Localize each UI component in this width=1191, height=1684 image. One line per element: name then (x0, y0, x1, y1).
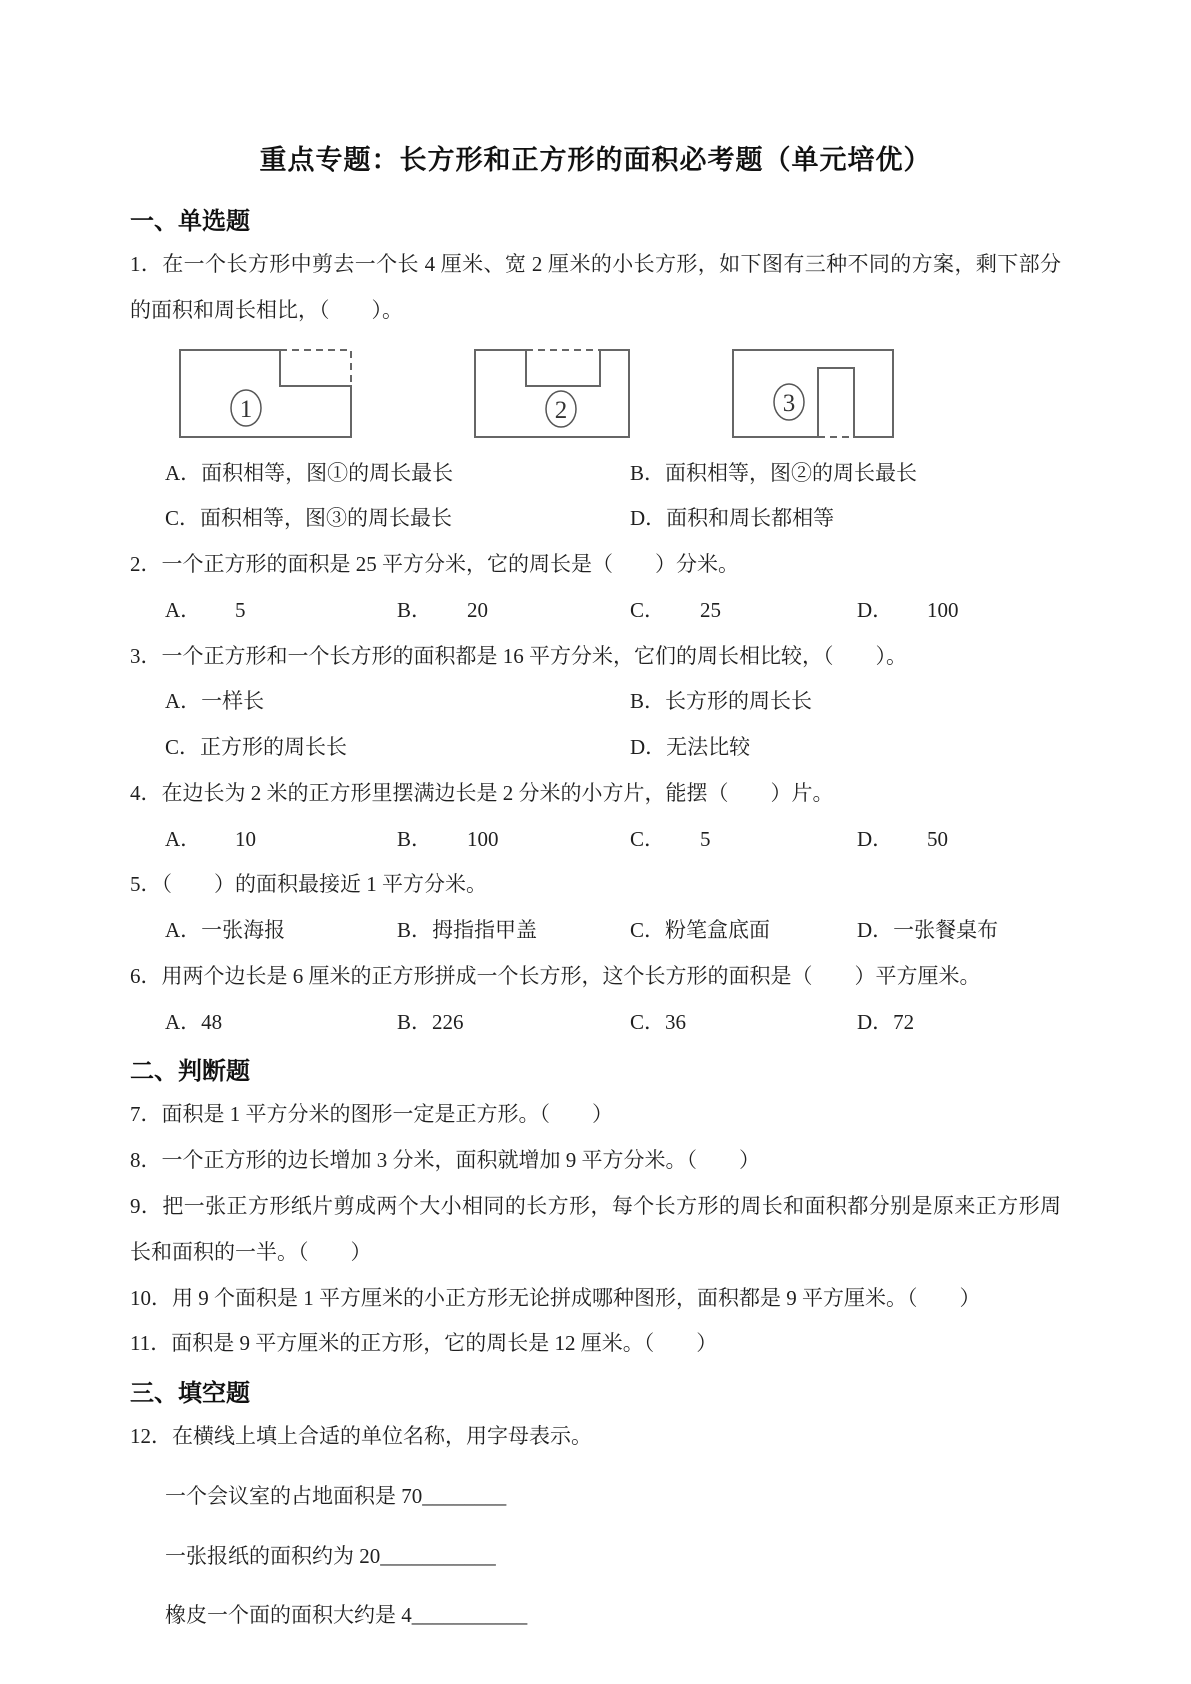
option-1a-label: A． (165, 451, 201, 497)
option-6a-value: 48 (201, 1010, 222, 1034)
question-7-text: 7．面积是 1 平方分米的图形一定是正方形。（ ） (130, 1092, 1061, 1138)
figure-1-corner-cut: 1 (178, 346, 353, 441)
question-1-text: 1．在一个长方形中剪去一个长 4 厘米、宽 2 厘米的小长方形，如下图有三种不同… (130, 242, 1061, 334)
page-title: 重点专题：长方形和正方形的面积必考题（单元培优） (130, 138, 1061, 177)
option-6c: C．36 (630, 1000, 857, 1046)
option-1a: A．面积相等，图①的周长最长 (165, 451, 630, 497)
option-4b-label: B． (397, 817, 467, 863)
option-3a-label: A． (165, 679, 201, 725)
fill-blank-line-eraser: 橡皮一个面的面积大约是 4___________ (130, 1593, 1061, 1639)
option-2a: A．5 (165, 588, 397, 634)
option-4c-value: 5 (700, 827, 711, 851)
question-5-text: 5．（ ）的面积最接近 1 平方分米。 (130, 862, 1061, 908)
option-3d: D．无法比较 (630, 725, 1061, 771)
option-1b: B．面积相等，图②的周长最长 (630, 451, 1061, 497)
option-2a-label: A． (165, 588, 235, 634)
option-2c-value: 25 (700, 598, 721, 622)
option-1c-label: C． (165, 496, 200, 542)
option-1c: C．面积相等，图③的周长最长 (165, 496, 630, 542)
fill-blank-line-meeting-room: 一个会议室的占地面积是 70________ (130, 1474, 1061, 1520)
question-6-text: 6．用两个边长是 6 厘米的正方形拼成一个长方形，这个长方形的面积是（ ）平方厘… (130, 954, 1061, 1000)
option-2c-label: C． (630, 588, 700, 634)
question-1-options: A．面积相等，图①的周长最长 B．面积相等，图②的周长最长 C．面积相等，图③的… (130, 451, 1061, 543)
option-3d-value: 无法比较 (666, 735, 750, 759)
option-1c-value: 面积相等，图③的周长最长 (200, 506, 452, 530)
option-4d: D．50 (857, 817, 1061, 863)
option-2a-value: 5 (235, 598, 246, 622)
option-4a-label: A． (165, 817, 235, 863)
option-5a: A．一张海报 (165, 908, 397, 954)
question-1-figures: 1 2 3 (178, 346, 1061, 441)
option-3b: B．长方形的周长长 (630, 679, 1061, 725)
option-2d-value: 100 (927, 598, 959, 622)
question-11-text: 11．面积是 9 平方厘米的正方形，它的周长是 12 厘米。（ ） (130, 1321, 1061, 1367)
option-5c: C．粉笔盒底面 (630, 908, 857, 954)
fill-blank-line-newspaper: 一张报纸的面积约为 20___________ (130, 1534, 1061, 1580)
question-2-text: 2．一个正方形的面积是 25 平方分米，它的周长是（ ）分米。 (130, 542, 1061, 588)
option-6d: D．72 (857, 1000, 1061, 1046)
option-1a-value: 面积相等，图①的周长最长 (201, 461, 453, 485)
question-5-options: A．一张海报 B．拇指指甲盖 C．粉笔盒底面 D．一张餐桌布 (130, 908, 1061, 954)
figure-1-number: 1 (240, 396, 253, 423)
option-2b-label: B． (397, 588, 467, 634)
option-5a-label: A． (165, 908, 201, 954)
option-2c: C．25 (630, 588, 857, 634)
option-6b-label: B． (397, 1000, 432, 1046)
question-10-text: 10．用 9 个面积是 1 平方厘米的小正方形无论拼成哪种图形，面积都是 9 平… (130, 1276, 1061, 1322)
option-6c-label: C． (630, 1000, 665, 1046)
option-4c: C．5 (630, 817, 857, 863)
option-2d-label: D． (857, 588, 927, 634)
option-3d-label: D． (630, 725, 666, 771)
option-5c-label: C． (630, 908, 665, 954)
question-3-text: 3．一个正方形和一个长方形的面积都是 16 平方分米，它们的周长相比较，（ ）。 (130, 634, 1061, 680)
question-6-options: A．48 B．226 C．36 D．72 (130, 1000, 1061, 1046)
figure-3-outline (733, 350, 893, 437)
option-3b-label: B． (630, 679, 665, 725)
option-6b: B．226 (397, 1000, 630, 1046)
option-5b: B．拇指指甲盖 (397, 908, 630, 954)
question-4-text: 4．在边长为 2 米的正方形里摆满边长是 2 分米的小方片，能摆（ ）片。 (130, 771, 1061, 817)
question-12-text: 12．在横线上填上合适的单位名称，用字母表示。 (130, 1414, 1061, 1460)
option-5a-value: 一张海报 (201, 918, 285, 942)
section-heading-judgement: 二、判断题 (130, 1051, 1061, 1086)
option-1d-label: D． (630, 496, 666, 542)
option-2b: B．20 (397, 588, 630, 634)
option-6d-label: D． (857, 1000, 893, 1046)
figure-2-number: 2 (555, 397, 568, 424)
option-3c-value: 正方形的周长长 (200, 735, 347, 759)
option-4a-value: 10 (235, 827, 256, 851)
worksheet-page: 重点专题：长方形和正方形的面积必考题（单元培优） 一、单选题 1．在一个长方形中… (0, 0, 1191, 1684)
question-4-options: A．10 B．100 C．5 D．50 (130, 817, 1061, 863)
option-5d: D．一张餐桌布 (857, 908, 1061, 954)
option-3c-label: C． (165, 725, 200, 771)
section-heading-fill-blank: 三、填空题 (130, 1373, 1061, 1408)
option-5c-value: 粉笔盒底面 (665, 918, 770, 942)
option-6a: A．48 (165, 1000, 397, 1046)
question-8-text: 8．一个正方形的边长增加 3 分米，面积就增加 9 平方分米。（ ） (130, 1138, 1061, 1184)
option-4c-label: C． (630, 817, 700, 863)
figure-1-outline (180, 350, 351, 437)
option-5b-value: 拇指指甲盖 (432, 918, 537, 942)
question-3-options: A．一样长 B．长方形的周长长 C．正方形的周长长 D．无法比较 (130, 679, 1061, 771)
section-heading-single-choice: 一、单选题 (130, 201, 1061, 236)
option-3a: A．一样长 (165, 679, 630, 725)
option-4a: A．10 (165, 817, 397, 863)
option-5d-label: D． (857, 908, 893, 954)
figure-2-top-notch: 2 (473, 346, 631, 441)
option-3b-value: 长方形的周长长 (665, 689, 812, 713)
option-1d: D．面积和周长都相等 (630, 496, 1061, 542)
option-6b-value: 226 (432, 1010, 464, 1034)
option-1d-value: 面积和周长都相等 (666, 506, 834, 530)
option-4b: B．100 (397, 817, 630, 863)
figure-3-number: 3 (783, 390, 796, 417)
option-4b-value: 100 (467, 827, 499, 851)
option-5b-label: B． (397, 908, 432, 954)
option-3a-value: 一样长 (201, 689, 264, 713)
option-2b-value: 20 (467, 598, 488, 622)
option-6c-value: 36 (665, 1010, 686, 1034)
option-5d-value: 一张餐桌布 (893, 918, 998, 942)
figure-1-cut-dashed-line (280, 350, 351, 386)
option-6a-label: A． (165, 1000, 201, 1046)
option-3c: C．正方形的周长长 (165, 725, 630, 771)
option-1b-label: B． (630, 451, 665, 497)
option-1b-value: 面积相等，图②的周长最长 (665, 461, 917, 485)
option-4d-label: D． (857, 817, 927, 863)
question-2-options: A．5 B．20 C．25 D．100 (130, 588, 1061, 634)
option-4d-value: 50 (927, 827, 948, 851)
figure-3-bottom-slot: 3 (731, 346, 895, 441)
option-2d: D．100 (857, 588, 1061, 634)
option-6d-value: 72 (893, 1010, 914, 1034)
question-9-text: 9．把一张正方形纸片剪成两个大小相同的长方形，每个长方形的周长和面积都分别是原来… (130, 1184, 1061, 1276)
